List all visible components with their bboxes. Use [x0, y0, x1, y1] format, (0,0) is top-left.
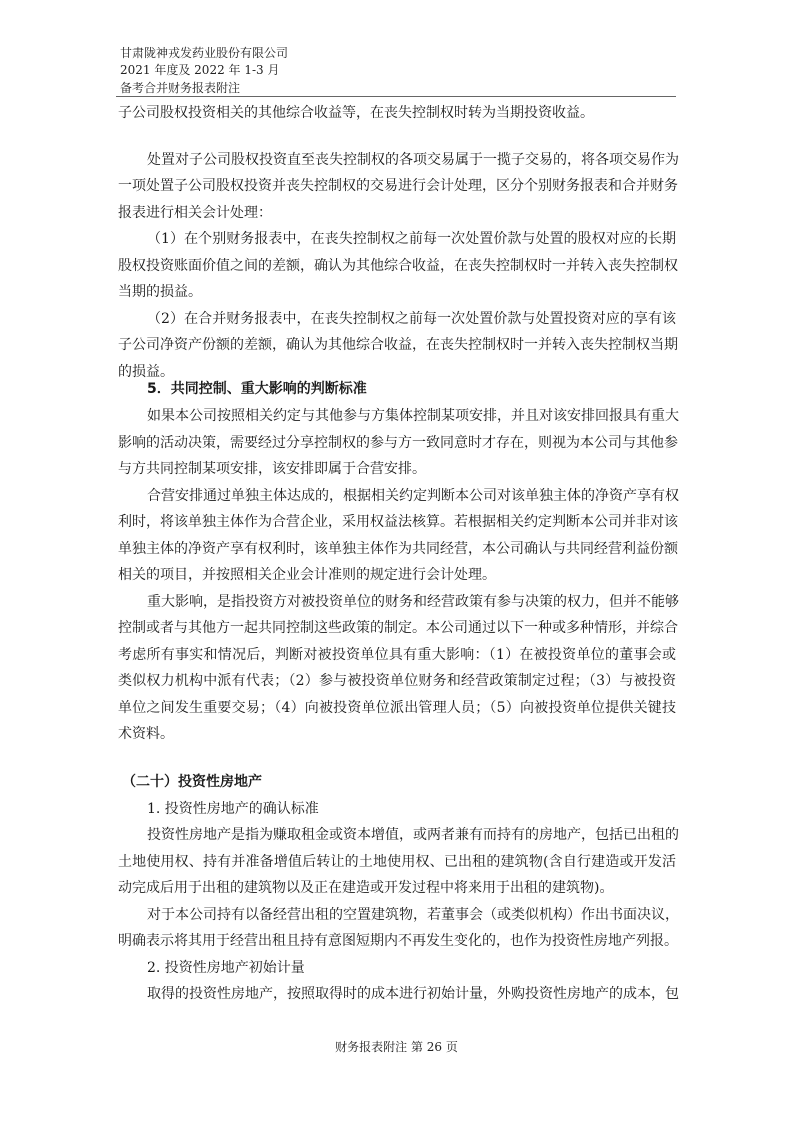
paragraph-line: 报表进行相关会计处理：	[118, 204, 676, 222]
paragraph-line: 对于本公司持有以备经营出租的空置建筑物，若董事会（或类似机构）作出书面决议，	[147, 906, 676, 924]
paragraph-line: 单独主体的净资产享有权利时，该单独主体作为共同经营，本公司确认与共同经营利益份额	[118, 540, 676, 558]
paragraph-line: 处置对子公司股权投资直至丧失控制权的各项交易属于一揽子交易的，将各项交易作为	[147, 151, 676, 169]
paragraph-line: （1）在个别财务报表中，在丧失控制权之前每一次处置价款与处置的股权对应的长期	[147, 230, 676, 248]
paragraph-line: 与方共同控制某项安排，该安排即属于合营安排。	[118, 460, 676, 478]
paragraph-line: 控制或者与其他方一起共同控制这些政策的制定。本公司通过以下一种或多种情形，并综合	[118, 619, 676, 637]
paragraph-line: （2）在合并财务报表中，在丧失控制权之前每一次处置价款与处置投资对应的享有该	[147, 310, 676, 328]
paragraph-line: 当期的损益。	[118, 283, 676, 301]
page-footer: 财务报表附注 第 26 页	[0, 1039, 793, 1055]
paragraph-line: 投资性房地产是指为赚取租金或资本增值，或两者兼有而持有的房地产，包括已出租的	[147, 826, 676, 844]
paragraph-line: 影响的活动决策，需要经过分享控制权的参与方一致同意时才存在，则视为本公司与其他参	[118, 434, 676, 452]
paragraph-line: 术资料。	[118, 725, 676, 743]
paragraph-line: 如果本公司按照相关约定与其他参与方集体控制某项安排，并且对该安排回报具有重大	[147, 407, 676, 425]
paragraph-line: 单位之间发生重要交易；（4）向被投资单位派出管理人员；（5）向被投资单位提供关键…	[118, 699, 676, 717]
paragraph-line: 类似权力机构中派有代表；（2）参与被投资单位财务和经营政策制定过程；（3）与被投…	[118, 672, 676, 690]
paragraph-line: 一项处置子公司股权投资并丧失控制权的交易进行会计处理，区分个别财务报表和合并财务	[118, 177, 676, 195]
paragraph-line: 取得的投资性房地产，按照取得时的成本进行初始计量，外购投资性房地产的成本，包	[147, 985, 676, 1003]
header-period: 2021 年度及 2022 年 1-3 月	[120, 63, 279, 77]
paragraph-line: 的损益。	[118, 363, 676, 381]
paragraph-line: 考虑所有事实和情况后，判断对被投资单位具有重大影响：（1）在被投资单位的董事会或	[118, 646, 676, 664]
subsection-heading: 2. 投资性房地产初始计量	[147, 959, 676, 977]
paragraph-line: 股权投资账面价值之间的差额，确认为其他综合收益，在丧失控制权时一并转入丧失控制权	[118, 257, 676, 275]
subsection-heading: 1. 投资性房地产的确认标准	[147, 800, 676, 818]
paragraph-line: 重大影响，是指投资方对被投资单位的财务和经营政策有参与决策的权力，但并不能够	[147, 593, 676, 611]
paragraph-line: 相关的项目，并按照相关企业会计准则的规定进行会计处理。	[118, 566, 676, 584]
header-company: 甘肃陇神戎发药业股份有限公司	[120, 46, 288, 60]
paragraph-line: 子公司净资产份额的差额，确认为其他综合收益，在丧失控制权时一并转入丧失控制权当期	[118, 336, 676, 354]
paragraph-line: 明确表示将其用于经营出租且持有意图短期内不再发生变化的，也作为投资性房地产列报。	[118, 932, 676, 950]
header-divider	[116, 96, 676, 97]
paragraph-line: 子公司股权投资相关的其他综合收益等，在丧失控制权时转为当期投资收益。	[118, 104, 676, 122]
header-doc-title: 备考合并财务报表附注	[120, 81, 240, 95]
paragraph-line: 合营安排通过单独主体达成的，根据相关约定判断本公司对该单独主体的净资产享有权	[147, 487, 676, 505]
section-heading-investment-property: （二十）投资性房地产	[122, 773, 680, 791]
paragraph-line: 利时，将该单独主体作为合营企业，采用权益法核算。若根据相关约定判断本公司并非对该	[118, 513, 676, 531]
section-heading-joint-control: 5．共同控制、重大影响的判断标准	[147, 380, 676, 398]
paragraph-line: 土地使用权、持有并准备增值后转让的土地使用权、已出租的建筑物(含自行建造或开发活	[118, 853, 676, 871]
paragraph-line: 动完成后用于出租的建筑物以及正在建造或开发过程中将来用于出租的建筑物)。	[118, 879, 676, 897]
